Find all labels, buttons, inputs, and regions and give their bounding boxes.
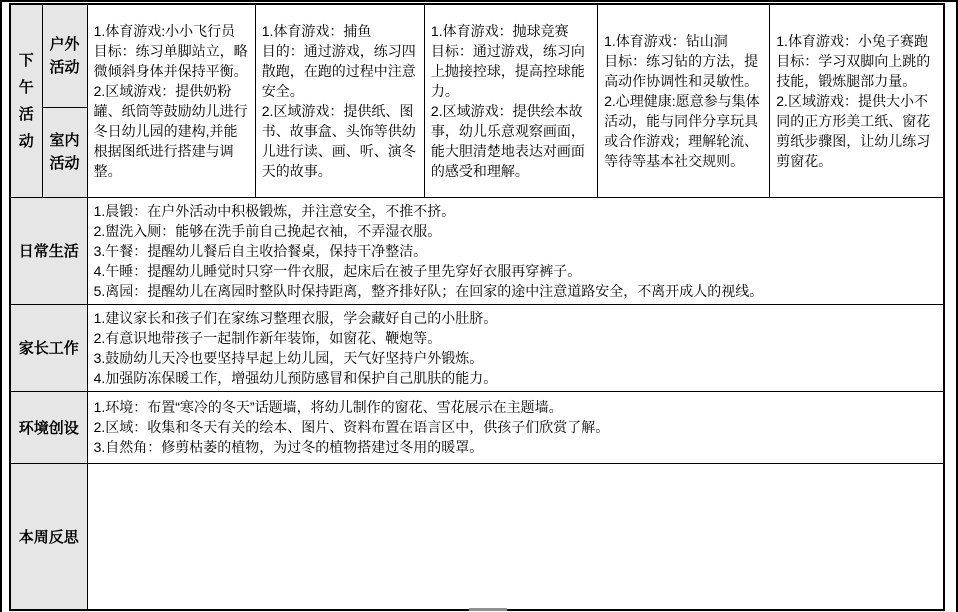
afternoon-day4-cell: 1.体育游戏：钻山洞 目标：练习钻的方法，提高动作协调性和灵敏性。 2.心理健康… xyxy=(598,4,770,197)
day5-area-line: 2.区域游戏：提供大小不同的正方形美工纸、窗花剪纸步骤图，让幼儿练习剪窗花。 xyxy=(776,91,937,171)
environment-line: 3.自然角：修剪枯萎的植物，为过冬的植物搭建过冬用的暖罩。 xyxy=(94,437,937,457)
daily-life-row: 日常生活 1.晨锻：在户外活动中积极锻炼，并注意安全，不推不挤。 2.盥洗入厕：… xyxy=(10,197,944,304)
daily-life-line: 5.离园：提醒幼儿在离园时整队时保持距离，整齐排好队；在回家的途中注意道路安全，… xyxy=(94,281,937,301)
scrollbar-thumb[interactable] xyxy=(469,608,507,611)
weekly-reflection-row-label: 本周反思 xyxy=(10,463,87,610)
day3-game-line: 1.体育游戏：抛球竞赛 xyxy=(431,21,591,41)
parent-work-row: 家长工作 1.建议家长和孩子们在家练习整理衣服，学会藏好自己的小肚脐。 2.有意… xyxy=(10,304,944,391)
day1-area-line: 2.区域游戏：提供奶粉罐、纸筒等鼓励幼儿进行冬日幼儿园的建构,并能根据图纸进行搭… xyxy=(94,81,249,181)
indoor-activity-label-cell: 室内活动 xyxy=(42,107,87,197)
day2-goal-line: 目的：通过游戏，练习四散跑，在跑的过程中注意安全。 xyxy=(262,41,418,101)
document-page: 下午活动 户外活动 1.体育游戏:小小飞行员 目标：练习单脚站立，略微倾斜身体并… xyxy=(0,0,958,612)
day2-game-line: 1.体育游戏：捕鱼 xyxy=(262,21,418,41)
afternoon-activity-row-label: 下午活动 xyxy=(17,47,35,155)
parent-work-content-cell: 1.建议家长和孩子们在家练习整理衣服，学会藏好自己的小肚脐。 2.有意识地带孩子… xyxy=(87,304,944,391)
daily-life-line: 1.晨锻：在户外活动中积极锻炼，并注意安全，不推不挤。 xyxy=(94,201,937,221)
environment-line: 1.环境：布置“寒冷的冬天”话题墙，将幼儿制作的窗花、雪花展示在主题墙。 xyxy=(94,397,937,417)
daily-life-line: 2.盥洗入厕：能够在洗手前自己挽起衣袖，不弄湿衣服。 xyxy=(94,221,937,241)
daily-life-content-cell: 1.晨锻：在户外活动中积极锻炼，并注意安全，不推不挤。 2.盥洗入厕：能够在洗手… xyxy=(87,197,944,304)
outdoor-activity-label-cell: 户外活动 xyxy=(42,4,87,107)
parent-work-row-label: 家长工作 xyxy=(10,304,87,391)
environment-line: 2.区域：收集和冬天有关的绘本、图片、资料布置在语言区中，供孩子们欣赏了解。 xyxy=(94,417,937,437)
day4-game-line: 1.体育游戏：钻山洞 xyxy=(604,31,763,51)
day3-goal-line: 目标：通过游戏，练习向上抛接控球，提高控球能力。 xyxy=(431,41,591,101)
outdoor-activity-label: 户外活动 xyxy=(47,33,83,79)
day2-area-line: 2.区域游戏：提供纸、图书、故事盒、头饰等供幼儿进行读、画、听、演冬天的故事。 xyxy=(262,101,418,181)
environment-row-label: 环境创设 xyxy=(10,391,87,463)
afternoon-day1-cell: 1.体育游戏:小小飞行员 目标：练习单脚站立，略微倾斜身体并保持平衡。 2.区域… xyxy=(87,4,255,197)
environment-content-cell: 1.环境：布置“寒冷的冬天”话题墙，将幼儿制作的窗花、雪花展示在主题墙。 2.区… xyxy=(87,391,944,463)
parent-work-line: 3.鼓励幼儿天冷也要坚持早起上幼儿园，天气好坚持户外锻炼。 xyxy=(94,348,937,368)
environment-row: 环境创设 1.环境：布置“寒冷的冬天”话题墙，将幼儿制作的窗花、雪花展示在主题墙… xyxy=(10,391,944,463)
parent-work-line: 2.有意识地带孩子一起制作新年装饰，如窗花、鞭炮等。 xyxy=(94,328,937,348)
weekly-reflection-row: 本周反思 xyxy=(10,463,944,610)
day1-goal-line: 目标：练习单脚站立，略微倾斜身体并保持平衡。 xyxy=(94,41,249,81)
afternoon-day2-cell: 1.体育游戏：捕鱼 目的：通过游戏，练习四散跑，在跑的过程中注意安全。 2.区域… xyxy=(255,4,424,197)
day5-goal-line: 目标：学习双脚向上跳的技能，锻炼腿部力量。 xyxy=(776,51,937,91)
afternoon-day5-cell: 1.体育游戏：小兔子赛跑 目标：学习双脚向上跳的技能，锻炼腿部力量。 2.区域游… xyxy=(770,4,944,197)
afternoon-day3-cell: 1.体育游戏：抛球竞赛 目标：通过游戏，练习向上抛接控球，提高控球能力。 2.区… xyxy=(424,4,597,197)
weekly-reflection-content-cell xyxy=(87,463,944,610)
weekly-plan-table: 下午活动 户外活动 1.体育游戏:小小飞行员 目标：练习单脚站立，略微倾斜身体并… xyxy=(9,3,945,611)
parent-work-line: 4.加强防冻保暖工作，增强幼儿预防感冒和保护自己肌肤的能力。 xyxy=(94,368,937,388)
day1-game-line: 1.体育游戏:小小飞行员 xyxy=(94,21,249,41)
afternoon-activity-row-label-cell: 下午活动 xyxy=(10,4,42,197)
day4-area-line: 2.心理健康:愿意参与集体活动，能与同伴分享玩具或合作游戏；理解轮流、等待等基本… xyxy=(604,91,763,171)
afternoon-row-outdoor: 下午活动 户外活动 1.体育游戏:小小飞行员 目标：练习单脚站立，略微倾斜身体并… xyxy=(10,4,944,107)
day4-goal-line: 目标：练习钻的方法，提高动作协调性和灵敏性。 xyxy=(604,51,763,91)
day3-area-line: 2.区域游戏：提供绘本故事，幼儿乐意观察画面，能大胆清楚地表达对画面的感受和理解… xyxy=(431,101,591,181)
daily-life-line: 4.午睡：提醒幼儿睡觉时只穿一件衣服，起床后在被子里先穿好衣服再穿裤子。 xyxy=(94,261,937,281)
daily-life-row-label: 日常生活 xyxy=(10,197,87,304)
daily-life-line: 3.午餐：提醒幼儿餐后自主收拾餐桌，保持干净整洁。 xyxy=(94,241,937,261)
parent-work-line: 1.建议家长和孩子们在家练习整理衣服，学会藏好自己的小肚脐。 xyxy=(94,308,937,328)
day5-game-line: 1.体育游戏：小兔子赛跑 xyxy=(776,31,937,51)
indoor-activity-label: 室内活动 xyxy=(47,129,83,175)
